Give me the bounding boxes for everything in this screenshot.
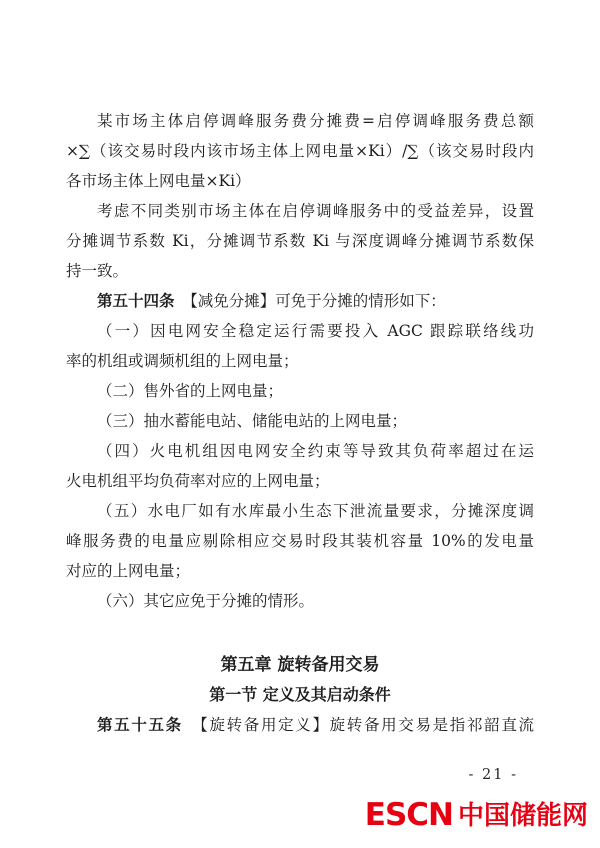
text-run: 峰服务费的电量应剔除相应交易时段其装机容量 10%的发电量: [66, 532, 534, 550]
document-page: 某市场主体启停调峰服务费分摊费=启停调峰服务费总额×∑（该交易时段内该市场主体上…: [0, 0, 600, 848]
document-body: 某市场主体启停调峰服务费分摊费=启停调峰服务费总额×∑（该交易时段内该市场主体上…: [66, 106, 534, 740]
formula-line-2: ×∑（该交易时段内该市场主体上网电量×Ki）/∑（该交易时段内: [66, 136, 534, 166]
paragraph-line: 持一致。: [66, 256, 534, 286]
item-6-line: （六）其它应免于分摊的情形。: [66, 586, 534, 616]
text-run: （三）抽水蓄能电站、储能电站的上网电量；: [97, 412, 407, 430]
paragraph-line: 考虑不同类别市场主体在启停调峰服务中的受益差异，设置: [66, 196, 534, 226]
chapter-heading: 第五章 旋转备用交易: [66, 650, 534, 680]
text-run: 持一致。: [66, 262, 128, 280]
section-heading: 第一节 定义及其启动条件: [66, 680, 534, 710]
text-run: 火电机组平均负荷率对应的上网电量；: [66, 472, 330, 490]
item-4-line: 火电机组平均负荷率对应的上网电量；: [66, 466, 534, 496]
clause-55-heading: 第五十五条 【旋转备用定义】旋转备用交易是指祁韶直流: [66, 710, 534, 740]
formula-line-3: 各市场主体上网电量×Ki）: [66, 166, 534, 196]
escn-logo-latin-text: ESCN: [365, 800, 453, 831]
text-run: 各市场主体上网电量×Ki）: [66, 172, 251, 190]
item-3-line: （三）抽水蓄能电站、储能电站的上网电量；: [66, 406, 534, 436]
text-run: （五）水电厂如有水库最小生态下泄流量要求，分摊深度调: [97, 502, 534, 520]
item-1-line: 率的机组或调频机组的上网电量；: [66, 346, 534, 376]
text-run: （一）因电网安全稳定运行需要投入 AGC 跟踪联络线功: [97, 322, 534, 340]
text-run: 【旋转备用定义】旋转备用交易是指祁韶直流: [183, 716, 534, 734]
text-run: （六）其它应免于分摊的情形。: [97, 592, 314, 610]
item-5-line: （五）水电厂如有水库最小生态下泄流量要求，分摊深度调: [66, 496, 534, 526]
bold-text-run: 第五十五条: [97, 716, 183, 734]
formula-line-1: 某市场主体启停调峰服务费分摊费=启停调峰服务费总额: [66, 106, 534, 136]
page-number: - 21 -: [469, 767, 518, 783]
clause-54-heading: 第五十四条 【减免分摊】可免于分摊的情形如下：: [66, 286, 534, 316]
escn-watermark-logo: ESCN 中国储能网: [365, 800, 588, 831]
bold-text-run: 第五十四条: [97, 292, 175, 310]
text-run: 率的机组或调频机组的上网电量；: [66, 352, 299, 370]
item-5-line: 对应的上网电量；: [66, 556, 534, 586]
text-run: （二）售外省的上网电量；: [97, 382, 283, 400]
item-4-line: （四）火电机组因电网安全约束等导致其负荷率超过在运: [66, 436, 534, 466]
text-run: 对应的上网电量；: [66, 562, 190, 580]
text-run: 某市场主体启停调峰服务费分摊费=启停调峰服务费总额: [97, 112, 534, 130]
paragraph-line: 分摊调节系数 Ki，分摊调节系数 Ki 与深度调峰分摊调节系数保: [66, 226, 534, 256]
text-run: ×∑（该交易时段内该市场主体上网电量×Ki）/∑（该交易时段内: [66, 142, 534, 160]
escn-logo-chinese-text: 中国储能网: [458, 803, 588, 829]
text-run: （四）火电机组因电网安全约束等导致其负荷率超过在运: [97, 442, 534, 460]
item-1-line: （一）因电网安全稳定运行需要投入 AGC 跟踪联络线功: [66, 316, 534, 346]
item-5-line: 峰服务费的电量应剔除相应交易时段其装机容量 10%的发电量: [66, 526, 534, 556]
text-run: 【减免分摊】可免于分摊的情形如下：: [175, 292, 446, 310]
text-run: 考虑不同类别市场主体在启停调峰服务中的受益差异，设置: [97, 202, 534, 220]
item-2-line: （二）售外省的上网电量；: [66, 376, 534, 406]
text-run: 第一节 定义及其启动条件: [209, 685, 391, 704]
text-run: 分摊调节系数 Ki，分摊调节系数 Ki 与深度调峰分摊调节系数保: [66, 232, 534, 250]
text-run: 第五章 旋转备用交易: [221, 655, 380, 675]
